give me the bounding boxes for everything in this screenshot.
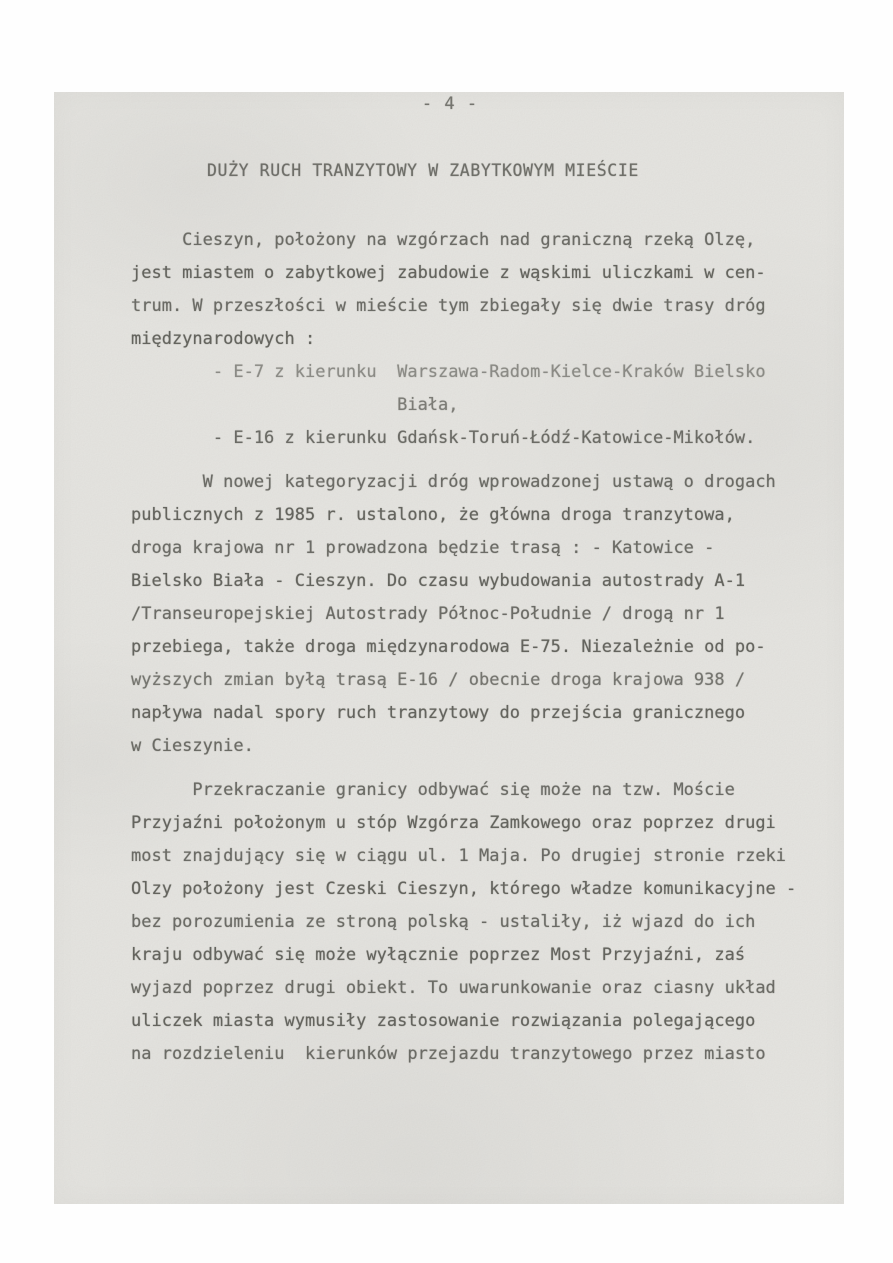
document-title: DUŻY RUCH TRANZYTOWY W ZABYTKOWYM MIEŚCI… [207,161,639,180]
text-line: /Transeuropejskiej Autostrady Północ-Poł… [131,598,831,631]
text-line: - E-7 z kierunku Warszawa-Radom-Kielce-K… [131,356,831,389]
text-line: w Cieszynie. [131,730,831,763]
document-body: Cieszyn, położony na wzgórzach nad grani… [131,224,831,1071]
text-line: wyższych zmian byłą trasą E-16 / obecnie… [131,664,831,697]
text-line: Biała, [131,389,831,422]
text-line: - E-16 z kierunku Gdańsk-Toruń-Łódź-Kato… [131,422,831,455]
text-line: jest miastem o zabytkowej zabudowie z wą… [131,257,831,290]
text-line: międzynarodowych : [131,323,831,356]
text-line: W nowej kategoryzacji dróg wprowadzonej … [131,466,831,499]
text-line: Olzy położony jest Czeski Cieszyn, które… [131,873,831,906]
paragraph-border-crossing: Przekraczanie granicy odbywać się może n… [131,774,831,1071]
text-line: przebiega, także droga międzynarodowa E-… [131,631,831,664]
text-line: publicznych z 1985 r. ustalono, że główn… [131,499,831,532]
text-line: uliczek miasta wymusiły zastosowanie roz… [131,1005,831,1038]
page-number: - 4 - [370,94,530,114]
text-line: napływa nadal spory ruch tranzytowy do p… [131,697,831,730]
text-line: kraju odbywać się może wyłącznie poprzez… [131,939,831,972]
paragraph-routes: - E-7 z kierunku Warszawa-Radom-Kielce-K… [131,356,831,455]
document-page: - 4 - DUŻY RUCH TRANZYTOWY W ZABYTKOWYM … [54,92,844,1204]
text-line: trum. W przeszłości w mieście tym zbiega… [131,290,831,323]
text-line: na rozdzieleniu kierunków przejazdu tran… [131,1038,831,1071]
paragraph-intro: Cieszyn, położony na wzgórzach nad grani… [131,224,831,356]
paragraph-road-categorization: W nowej kategoryzacji dróg wprowadzonej … [131,466,831,763]
scan-canvas: { "colors": { "paper": "#e9e8e4", "ink":… [0,0,893,1263]
text-line: Bielsko Biała - Cieszyn. Do czasu wybudo… [131,565,831,598]
text-line: most znajdujący się w ciągu ul. 1 Maja. … [131,840,831,873]
text-line: Przekraczanie granicy odbywać się może n… [131,774,831,807]
text-line: bez porozumienia ze stroną polską - usta… [131,906,831,939]
text-line: Przyjaźni położonym u stóp Wzgórza Zamko… [131,807,831,840]
text-line: Cieszyn, położony na wzgórzach nad grani… [131,224,831,257]
text-line: wyjazd poprzez drugi obiekt. To uwarunko… [131,972,831,1005]
text-line: droga krajowa nr 1 prowadzona będzie tra… [131,532,831,565]
